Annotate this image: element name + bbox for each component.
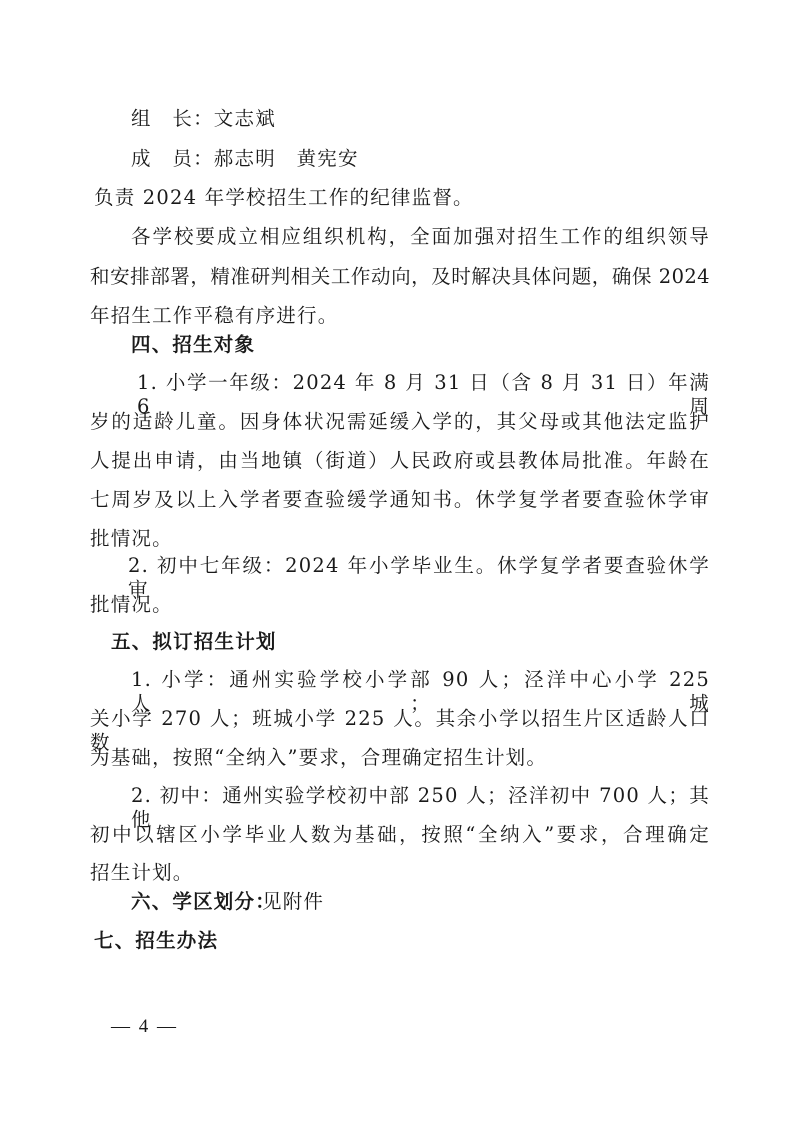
paragraph-line: 七周岁及以上入学者要查验缓学通知书。休学复学者要查验休学审 — [90, 488, 710, 512]
paragraph-line: 岁的适龄儿童。因身体状况需延缓入学的，其父母或其他法定监护 — [90, 410, 710, 434]
paragraph-line: 负责 2024 年学校招生工作的纪律监督。 — [94, 186, 714, 210]
section-heading-5: 五、拟订招生计划 — [111, 630, 731, 654]
section-heading-7: 七、招生办法 — [94, 929, 714, 953]
paragraph-line: 批情况。 — [90, 593, 710, 617]
paragraph-line: 批情况。 — [90, 527, 710, 551]
team-members-line: 成 员：郝志明 黄宪安 — [131, 147, 710, 171]
paragraph-line: 各学校要成立相应组织机构，全面加强对招生工作的组织领导 — [131, 225, 710, 249]
attachment-reference: 见附件 — [262, 890, 324, 914]
section-heading-6: 六、学区划分： — [131, 890, 276, 914]
paragraph-line: 人提出申请，由当地镇（街道）人民政府或县教体局批准。年龄在 — [90, 449, 710, 473]
paragraph-line: 初中以辖区小学毕业人数为基础，按照“全纳入”要求，合理确定 — [90, 823, 710, 847]
paragraph-line: 招生计划。 — [90, 861, 710, 885]
paragraph-line: 年招生工作平稳有序进行。 — [90, 304, 710, 328]
section-heading-4: 四、招生对象 — [131, 333, 710, 357]
paragraph-line: 和安排部署，精准研判相关工作动向，及时解决具体问题，确保 2024 — [90, 265, 710, 289]
paragraph-line: 为基础，按照“全纳入”要求，合理确定招生计划。 — [90, 746, 710, 770]
page-number: — 4 — — [111, 1016, 178, 1038]
team-leader-line: 组 长：文志斌 — [131, 107, 710, 131]
